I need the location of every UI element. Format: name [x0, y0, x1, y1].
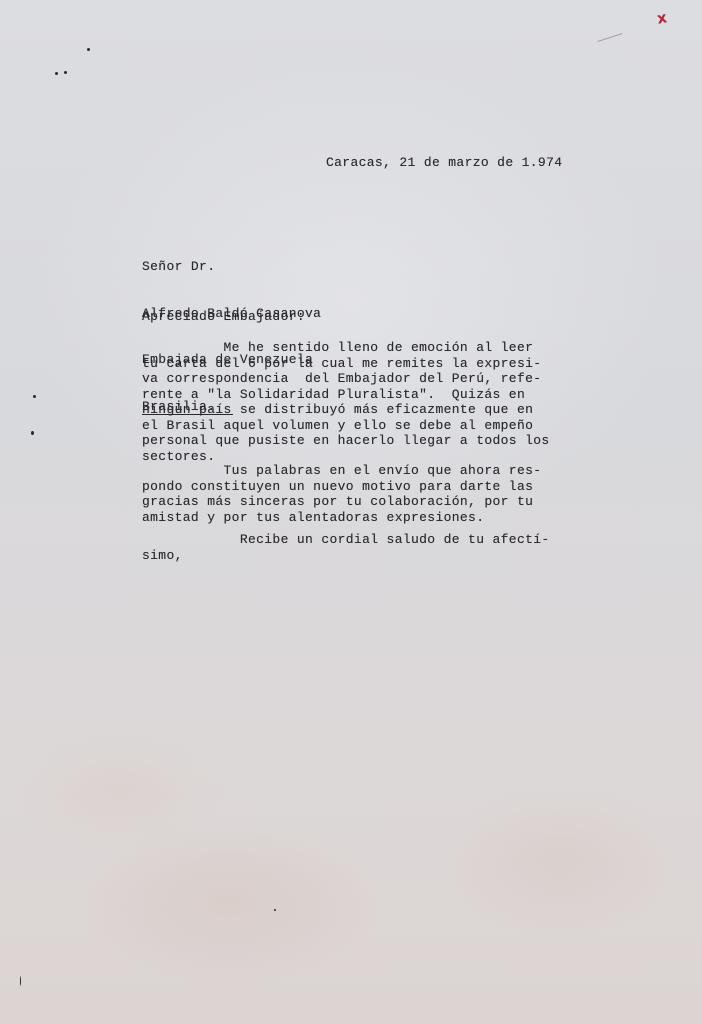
red-x-annotation: x	[656, 8, 669, 27]
closing-paragraph: Recibe un cordial saludo de tu afectí-si…	[142, 532, 550, 563]
text-line: pondo constituyen un nuevo motivo para d…	[142, 479, 541, 495]
paper-speck	[31, 431, 34, 435]
pencil-scratch-mark	[597, 33, 622, 42]
paper-speck	[87, 48, 90, 51]
paper-speck	[64, 71, 67, 74]
text-line: sectores.	[142, 449, 550, 465]
text-line: Me he sentido lleno de emoción al leer	[142, 340, 550, 356]
text-line: el Brasil aquel volumen y ello se debe a…	[142, 418, 550, 434]
text-line: Tus palabras en el envío que ahora res-	[142, 463, 541, 479]
paper-speck	[33, 395, 36, 398]
paper-speck	[20, 976, 21, 986]
text-line: simo,	[142, 548, 550, 564]
date-line: Caracas, 21 de marzo de 1.974	[326, 155, 562, 171]
body-paragraph-1: Me he sentido lleno de emoción al leertu…	[142, 340, 550, 464]
recipient-title: Señor Dr.	[142, 259, 321, 275]
text-line: gracias más sinceras por tu colaboración…	[142, 494, 541, 510]
paper-speck	[55, 72, 58, 75]
text-line: va correspondencia del Embajador del Per…	[142, 371, 550, 387]
text-line: amistad y por tus alentadoras expresione…	[142, 510, 541, 526]
body-paragraph-2: Tus palabras en el envío que ahora res-p…	[142, 463, 541, 525]
paper-speck	[274, 909, 276, 911]
text-line: Recibe un cordial saludo de tu afectí-	[142, 532, 550, 548]
text-line: tu carta del 6 por la cual me remites la…	[142, 356, 550, 372]
text-line: rente a "la Solidaridad Pluralista". Qui…	[142, 387, 550, 403]
text-line: personal que pusiste en hacerlo llegar a…	[142, 433, 550, 449]
letter-page: x Caracas, 21 de marzo de 1.974 Señor Dr…	[0, 0, 702, 1024]
text-line: ningún país se distribuyó más eficazment…	[142, 402, 550, 418]
salutation: Apreciado Embajador:	[142, 309, 305, 325]
